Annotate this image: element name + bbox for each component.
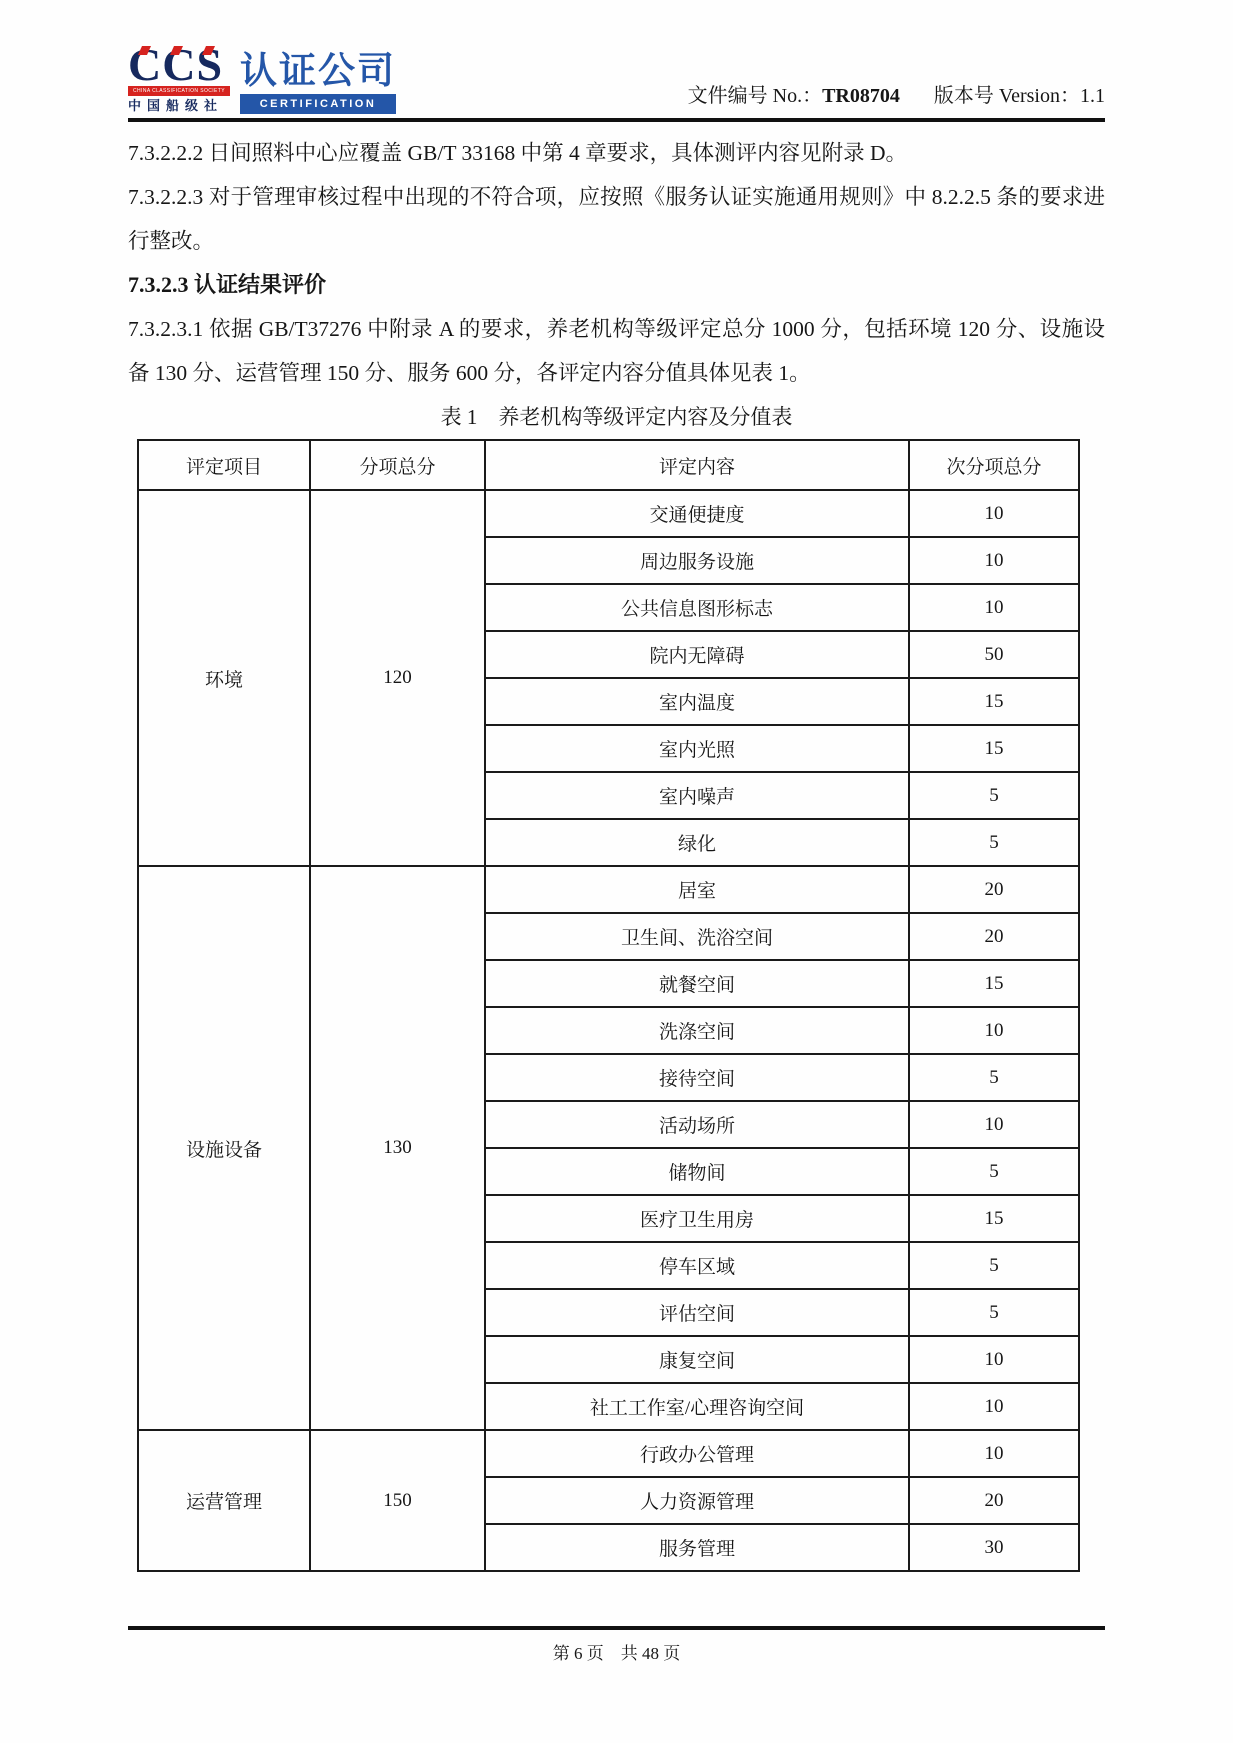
column-header: 评定项目 bbox=[138, 440, 310, 490]
paragraph-7-3-2-2-2: 7.3.2.2.2 日间照料中心应覆盖 GB/T 33168 中第 4 章要求，… bbox=[128, 131, 1105, 175]
cell-content: 社工工作室/心理咨询空间 bbox=[485, 1383, 909, 1430]
column-header: 分项总分 bbox=[310, 440, 485, 490]
heading-7-3-2-3: 7.3.2.3 认证结果评价 bbox=[128, 263, 1105, 307]
cell-content: 评估空间 bbox=[485, 1289, 909, 1336]
cell-item-score: 10 bbox=[909, 1007, 1079, 1054]
cell-content: 康复空间 bbox=[485, 1336, 909, 1383]
column-header: 评定内容 bbox=[485, 440, 909, 490]
cell-item-score: 5 bbox=[909, 1242, 1079, 1289]
page-number: 第 6 页 共 48 页 bbox=[553, 1644, 681, 1663]
cell-content: 居室 bbox=[485, 866, 909, 913]
ccs-society-cn-label: 中国船级社 bbox=[128, 98, 230, 114]
cell-item-score: 5 bbox=[909, 819, 1079, 866]
cell-item-score: 5 bbox=[909, 772, 1079, 819]
column-header: 次分项总分 bbox=[909, 440, 1079, 490]
cell-content: 公共信息图形标志 bbox=[485, 584, 909, 631]
paragraph-7-3-2-3-1: 7.3.2.3.1 依据 GB/T37276 中附录 A 的要求，养老机构等级评… bbox=[128, 307, 1105, 395]
doc-no-label: 文件编号 No.： bbox=[688, 85, 822, 107]
cell-item-score: 10 bbox=[909, 1336, 1079, 1383]
rating-table: 评定项目分项总分评定内容次分项总分 环境120交通便捷度10周边服务设施10公共… bbox=[137, 439, 1080, 1572]
ccs-logo: CCS CHINA CLASSIFICATION SOCIETY 中国船级社 认… bbox=[128, 45, 396, 114]
cell-project: 环境 bbox=[138, 490, 310, 866]
cell-section-score: 130 bbox=[310, 866, 485, 1430]
rating-table-body: 环境120交通便捷度10周边服务设施10公共信息图形标志10院内无障碍50室内温… bbox=[138, 490, 1079, 1571]
cell-section-score: 150 bbox=[310, 1430, 485, 1571]
rating-table-head: 评定项目分项总分评定内容次分项总分 bbox=[138, 440, 1079, 490]
cell-item-score: 50 bbox=[909, 631, 1079, 678]
cell-content: 周边服务设施 bbox=[485, 537, 909, 584]
cell-content: 停车区域 bbox=[485, 1242, 909, 1289]
cell-item-score: 20 bbox=[909, 913, 1079, 960]
cell-item-score: 20 bbox=[909, 1477, 1079, 1524]
page-footer: 第 6 页 共 48 页 bbox=[128, 1626, 1105, 1664]
cell-content: 行政办公管理 bbox=[485, 1430, 909, 1477]
cell-item-score: 10 bbox=[909, 1383, 1079, 1430]
cell-project: 设施设备 bbox=[138, 866, 310, 1430]
cell-project: 运营管理 bbox=[138, 1430, 310, 1571]
cell-content: 就餐空间 bbox=[485, 960, 909, 1007]
table-caption: 表 1 养老机构等级评定内容及分值表 bbox=[128, 395, 1105, 439]
cell-item-score: 15 bbox=[909, 960, 1079, 1007]
certification-brand: 认证公司 CERTIFICATION bbox=[240, 51, 396, 114]
cell-item-score: 5 bbox=[909, 1289, 1079, 1336]
table-row: 运营管理150行政办公管理10 bbox=[138, 1430, 1079, 1477]
brand-cn-label: 认证公司 bbox=[240, 51, 396, 91]
cell-item-score: 10 bbox=[909, 1101, 1079, 1148]
cell-item-score: 15 bbox=[909, 725, 1079, 772]
brand-en-label: CERTIFICATION bbox=[240, 94, 396, 114]
cell-content: 人力资源管理 bbox=[485, 1477, 909, 1524]
cell-content: 交通便捷度 bbox=[485, 490, 909, 537]
cell-content: 室内光照 bbox=[485, 725, 909, 772]
cell-item-score: 30 bbox=[909, 1524, 1079, 1571]
cell-item-score: 20 bbox=[909, 866, 1079, 913]
cell-section-score: 120 bbox=[310, 490, 485, 866]
cell-item-score: 10 bbox=[909, 537, 1079, 584]
paragraph-7-3-2-2-3: 7.3.2.2.3 对于管理审核过程中出现的不符合项，应按照《服务认证实施通用规… bbox=[128, 175, 1105, 263]
cell-item-score: 10 bbox=[909, 584, 1079, 631]
cell-item-score: 5 bbox=[909, 1148, 1079, 1195]
page-header: CCS CHINA CLASSIFICATION SOCIETY 中国船级社 认… bbox=[128, 48, 1105, 122]
cell-item-score: 10 bbox=[909, 1430, 1079, 1477]
cell-content: 接待空间 bbox=[485, 1054, 909, 1101]
table-header-row: 评定项目分项总分评定内容次分项总分 bbox=[138, 440, 1079, 490]
cell-item-score: 10 bbox=[909, 490, 1079, 537]
cell-content: 室内噪声 bbox=[485, 772, 909, 819]
cell-content: 活动场所 bbox=[485, 1101, 909, 1148]
ccs-logo-mark: CCS CHINA CLASSIFICATION SOCIETY 中国船级社 bbox=[128, 45, 230, 114]
table-row: 环境120交通便捷度10 bbox=[138, 490, 1079, 537]
cell-item-score: 15 bbox=[909, 1195, 1079, 1242]
version-value: 1.1 bbox=[1080, 85, 1105, 107]
cell-content: 绿化 bbox=[485, 819, 909, 866]
table-row: 设施设备130居室20 bbox=[138, 866, 1079, 913]
cell-item-score: 15 bbox=[909, 678, 1079, 725]
cell-content: 室内温度 bbox=[485, 678, 909, 725]
cell-content: 院内无障碍 bbox=[485, 631, 909, 678]
cell-content: 服务管理 bbox=[485, 1524, 909, 1571]
cell-content: 洗涤空间 bbox=[485, 1007, 909, 1054]
cell-content: 储物间 bbox=[485, 1148, 909, 1195]
version-label: 版本号 Version： bbox=[934, 85, 1080, 107]
doc-no-value: TR08704 bbox=[822, 85, 900, 107]
document-meta: 文件编号 No.：TR08704版本号 Version：1.1 bbox=[688, 82, 1105, 114]
cell-content: 医疗卫生用房 bbox=[485, 1195, 909, 1242]
cell-content: 卫生间、洗浴空间 bbox=[485, 913, 909, 960]
document-page: CCS CHINA CLASSIFICATION SOCIETY 中国船级社 认… bbox=[0, 0, 1233, 1743]
cell-item-score: 5 bbox=[909, 1054, 1079, 1101]
